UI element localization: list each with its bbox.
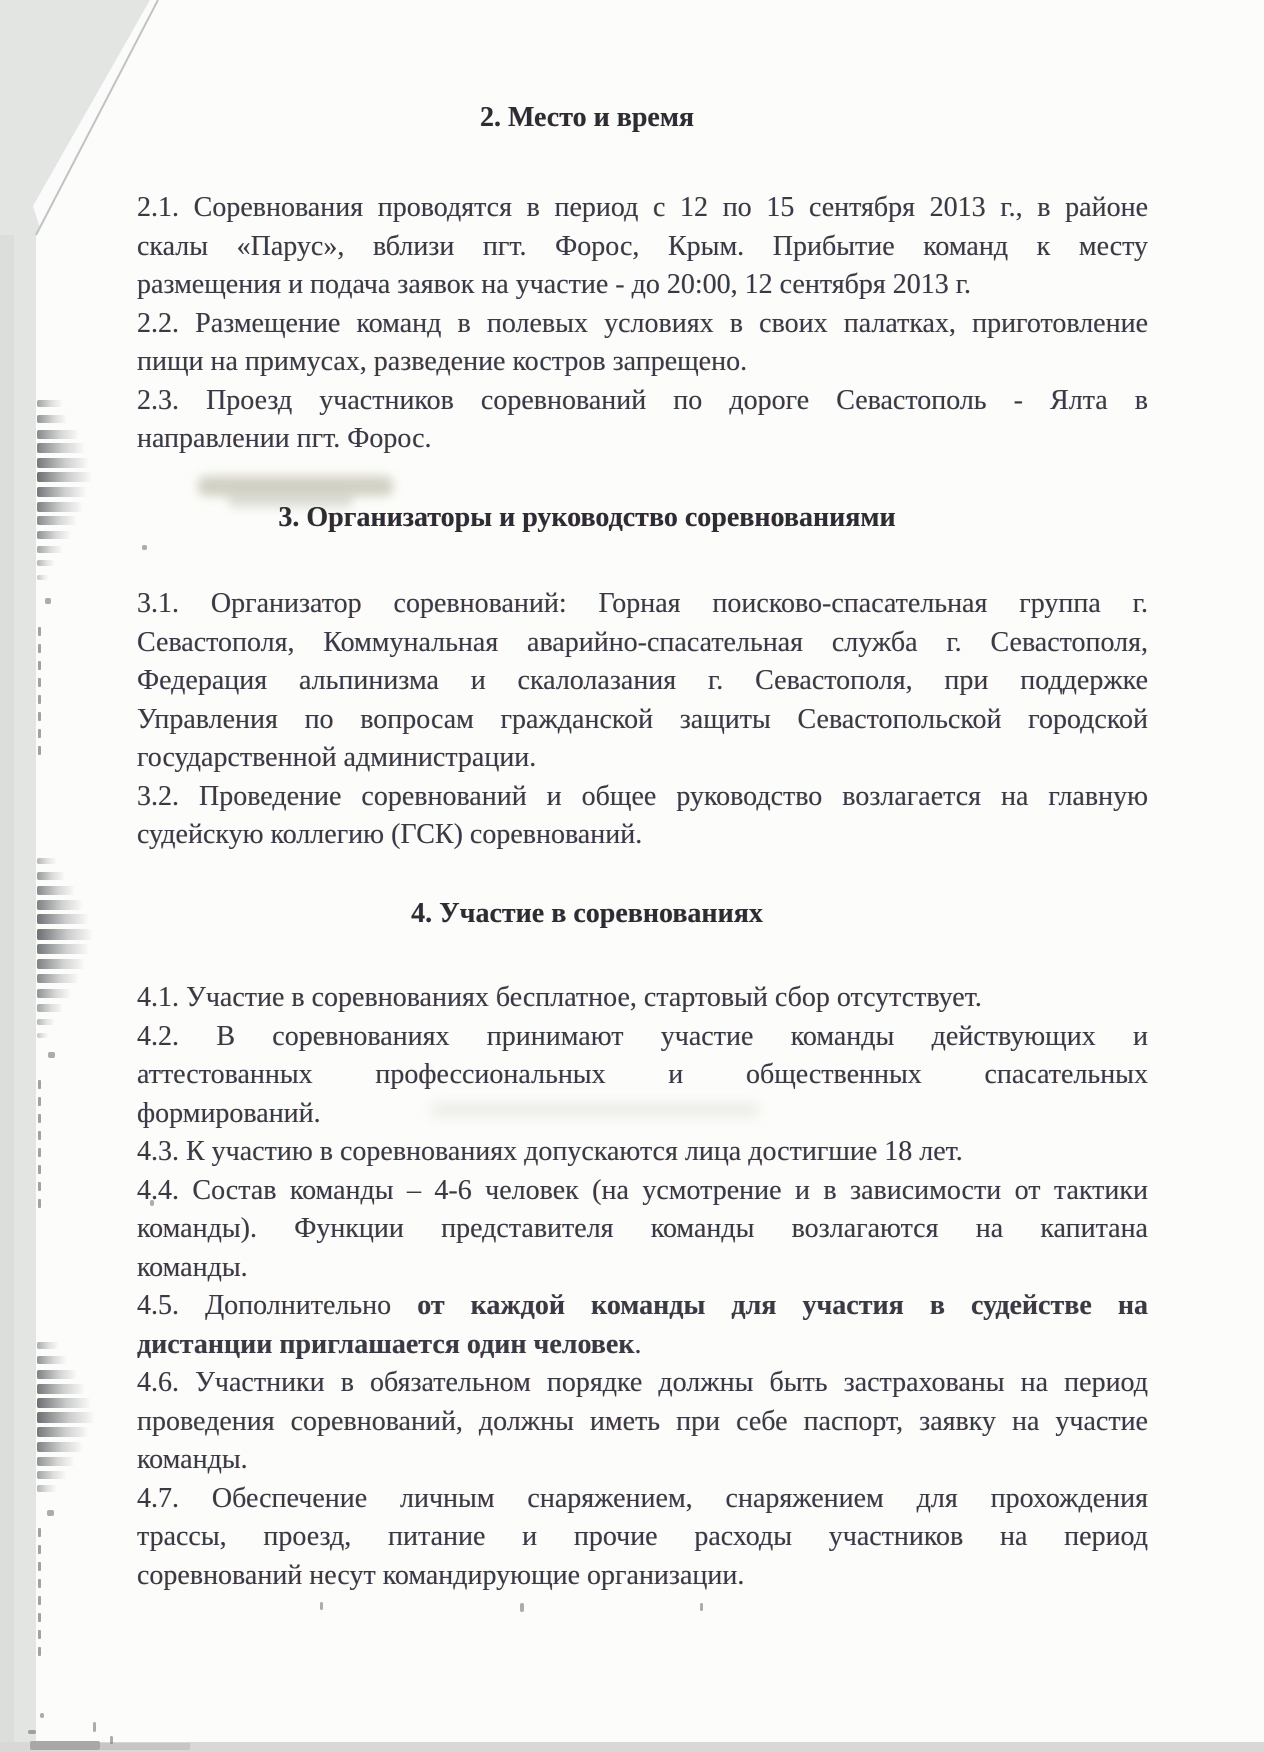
scan-artifact-mark <box>320 1602 323 1610</box>
scan-artifact-mark <box>37 1370 77 1379</box>
text-line: 4.6. Участники в обязательном порядке до… <box>137 1364 1148 1403</box>
scan-artifact-mark <box>37 472 92 482</box>
text-segment: . <box>634 1329 641 1360</box>
section-body-organizers: 3.1. Организатор соревнований: Горная по… <box>137 585 1148 855</box>
scan-artifact-mark <box>37 458 89 468</box>
scan-artifact-mark <box>38 1165 41 1174</box>
ink-bleed-smear <box>198 476 393 496</box>
scanned-document-page: 2. Место и время 2.1. Соревнования прово… <box>0 0 1264 1752</box>
text-segment: трассы, проезд, питание и прочие расходы… <box>137 1521 1148 1552</box>
text-line: аттестованных профессиональных и обществ… <box>137 1056 1148 1095</box>
scan-artifact-mark <box>38 1097 41 1106</box>
scan-artifact-mark <box>38 1199 41 1208</box>
scan-artifact-mark <box>37 443 85 453</box>
text-segment: 4.3. К участию в соревнованиях допускают… <box>137 1136 963 1167</box>
text-segment: команды. <box>137 1252 248 1283</box>
text-segment: 3.2. Проведение соревнований и общее рук… <box>137 781 1148 812</box>
text-segment: судейскую коллегию (ГСК) соревнований. <box>137 819 642 850</box>
scan-artifact-mark <box>37 1412 95 1423</box>
text-line: 3.1. Организатор соревнований: Горная по… <box>137 585 1148 624</box>
scan-artifact-mark <box>38 1148 41 1157</box>
scan-artifact-mark <box>37 1033 49 1038</box>
scan-artifact-mark <box>38 1596 41 1605</box>
text-line: направлении пгт. Форос. <box>137 420 1148 459</box>
text-segment: команды). Функции представителя команды … <box>137 1213 1148 1244</box>
text-segment: 2.1. Соревнования проводятся в период с … <box>137 192 1148 223</box>
text-segment: 4.4. Состав команды – 4-6 человек (на ус… <box>137 1175 1148 1206</box>
text-segment: формирований. <box>137 1098 321 1129</box>
scan-artifact-mark <box>38 1131 41 1140</box>
scan-artifact-mark <box>37 929 93 940</box>
text-line: 4.4. Состав команды – 4-6 человек (на ус… <box>137 1172 1148 1211</box>
text-segment: скалы «Парус», вблизи пгт. Форос, Крым. … <box>137 231 1148 262</box>
bottom-smudge <box>100 1743 190 1750</box>
scan-artifact-mark <box>38 695 41 704</box>
text-line: 4.5. Дополнительно от каждой команды для… <box>137 1287 1148 1326</box>
scan-artifact-mark <box>37 959 85 969</box>
scan-artifact-mark <box>37 944 89 954</box>
scan-artifact-mark <box>37 989 71 998</box>
scan-artifact-mark <box>40 1713 44 1718</box>
text-segment: 4.7. Обеспечение личным снаряжением, сна… <box>137 1483 1148 1514</box>
text-line: 2.2. Размещение команд в полевых условия… <box>137 305 1148 344</box>
text-line: формирований. <box>137 1095 1148 1134</box>
scan-artifact-mark <box>37 1471 67 1479</box>
text-line: Федерация альпинизма и скалолазания г. С… <box>137 662 1148 701</box>
scan-artifact-mark <box>37 502 83 512</box>
text-segment: 2.3. Проезд участников соревнований по д… <box>137 385 1148 416</box>
section-heading-participation: 4. Участие в соревнованиях <box>137 895 1037 934</box>
text-line: пищи на примусах, разведение костров зап… <box>137 343 1148 382</box>
text-segment: 4.1. Участие в соревнованиях бесплатное,… <box>137 982 982 1013</box>
scan-artifact-mark <box>48 1052 55 1058</box>
scan-artifact-mark <box>37 1457 75 1466</box>
scan-artifact-mark <box>38 661 41 670</box>
scan-artifact-mark <box>37 516 77 525</box>
text-segment: 4.6. Участники в обязательном порядке до… <box>137 1367 1148 1398</box>
text-segment: 3.1. Организатор соревнований: Горная по… <box>137 588 1148 619</box>
scan-artifact-mark <box>38 1647 41 1656</box>
text-segment: Севастополя, Коммунальная аварийно-спаса… <box>137 627 1148 658</box>
text-segment: 4.2. В соревнованиях принимают участие к… <box>137 1021 1148 1052</box>
section-body-place-and-time: 2.1. Соревнования проводятся в период с … <box>137 189 1148 459</box>
scan-artifact-mark <box>37 1442 83 1452</box>
bold-text-segment: от каждой команды для участия в судейств… <box>417 1290 1148 1321</box>
scan-artifact-mark <box>37 1019 55 1025</box>
scan-artifact-mark <box>38 678 41 687</box>
text-line: 2.3. Проезд участников соревнований по д… <box>137 382 1148 421</box>
text-segment: проведения соревнований, должны иметь пр… <box>137 1406 1148 1437</box>
scan-artifact-mark <box>37 900 83 910</box>
scan-artifact-mark <box>38 1114 41 1123</box>
scan-artifact-mark <box>37 487 87 497</box>
scan-artifact-mark <box>37 531 71 539</box>
scan-artifact-mark <box>38 1630 41 1639</box>
text-line: 4.2. В соревнованиях принимают участие к… <box>137 1018 1148 1057</box>
scan-artifact-mark <box>28 1730 36 1734</box>
text-line: 2.1. Соревнования проводятся в период с … <box>137 189 1148 228</box>
text-segment: 2.2. Размещение команд в полевых условия… <box>137 308 1148 339</box>
scan-artifact-mark <box>37 1356 67 1364</box>
text-line: 4.1. Участие в соревнованиях бесплатное,… <box>137 979 1148 1018</box>
bottom-smudge <box>30 1741 100 1750</box>
scan-artifact-mark <box>700 1603 703 1611</box>
scan-artifact-mark <box>37 430 79 439</box>
scan-artifact-mark <box>37 886 75 895</box>
scan-artifact-mark <box>38 746 41 755</box>
scan-artifact-mark <box>37 400 63 407</box>
text-line: 4.3. К участию в соревнованиях допускают… <box>137 1133 1148 1172</box>
scan-artifact-mark <box>37 1384 85 1394</box>
scan-artifact-mark <box>38 1613 41 1622</box>
text-segment: команды. <box>137 1444 248 1475</box>
text-line: Управления по вопросам гражданской защит… <box>137 701 1148 740</box>
scan-artifact-mark <box>38 1562 41 1571</box>
text-line: дистанции приглашается один человек. <box>137 1326 1148 1365</box>
text-line: 4.7. Обеспечение личным снаряжением, сна… <box>137 1480 1148 1519</box>
scan-artifact-mark <box>37 415 67 423</box>
text-segment: размещения и подача заявок на участие - … <box>137 269 971 300</box>
text-line: проведения соревнований, должны иметь пр… <box>137 1403 1148 1442</box>
section-heading-organizers: 3. Организаторы и руководство соревнован… <box>137 499 1037 538</box>
text-line: скалы «Парус», вблизи пгт. Форос, Крым. … <box>137 228 1148 267</box>
scan-artifact-mark <box>37 1004 63 1012</box>
scan-artifact-mark <box>38 1080 41 1089</box>
text-line: соревнований несут командирующие организ… <box>137 1557 1148 1596</box>
scan-artifact-mark <box>37 1398 91 1408</box>
scan-artifact-mark <box>38 1579 41 1588</box>
text-segment: пищи на примусах, разведение костров зап… <box>137 346 747 377</box>
text-segment: аттестованных профессиональных и обществ… <box>137 1059 1148 1090</box>
scan-artifact-mark <box>47 1510 54 1516</box>
text-line: команды). Функции представителя команды … <box>137 1210 1148 1249</box>
scan-artifact-mark <box>38 1182 41 1191</box>
scan-artifact-mark <box>37 974 79 983</box>
scan-artifact-mark <box>38 627 41 636</box>
scan-artifact-mark <box>37 914 89 924</box>
scan-artifact-mark <box>37 872 65 880</box>
text-line: судейскую коллегию (ГСК) соревнований. <box>137 816 1148 855</box>
scan-artifact-mark <box>37 1485 57 1492</box>
scan-artifact-mark <box>38 1528 41 1537</box>
scan-artifact-mark <box>38 644 41 653</box>
scan-artifact-mark <box>37 560 55 566</box>
scan-artifact-mark <box>38 712 41 721</box>
bold-text-segment: дистанции приглашается один человек <box>137 1329 634 1360</box>
scan-artifact-mark <box>142 545 147 550</box>
text-segment: Федерация альпинизма и скалолазания г. С… <box>137 665 1148 696</box>
scan-artifact-mark <box>93 1722 96 1732</box>
text-line: Севастополя, Коммунальная аварийно-спаса… <box>137 624 1148 663</box>
text-line: команды. <box>137 1441 1148 1480</box>
text-segment: государственной администрации. <box>137 742 536 773</box>
scanner-background-strip-dark <box>0 0 14 1752</box>
scan-artifact-mark <box>38 1545 41 1554</box>
text-line: государственной администрации. <box>137 739 1148 778</box>
scan-artifact-mark <box>37 575 49 580</box>
scan-artifact-mark <box>37 1427 89 1437</box>
text-segment: направлении пгт. Форос. <box>137 423 432 454</box>
text-line: команды. <box>137 1249 1148 1288</box>
text-segment: Управления по вопросам гражданской защит… <box>137 704 1148 735</box>
text-segment: 4.5. Дополнительно <box>137 1290 417 1321</box>
scan-artifact-mark <box>520 1603 524 1612</box>
section-heading-place-and-time: 2. Место и время <box>137 99 1037 138</box>
scan-artifact-mark <box>110 1736 113 1744</box>
text-line: трассы, проезд, питание и прочие расходы… <box>137 1518 1148 1557</box>
scan-artifact-mark <box>38 729 41 738</box>
text-line: размещения и подача заявок на участие - … <box>137 266 1148 305</box>
section-body-participation: 4.1. Участие в соревнованиях бесплатное,… <box>137 979 1148 1595</box>
scan-artifact-mark <box>45 598 51 604</box>
scan-artifact-mark <box>37 858 57 864</box>
scan-artifact-mark <box>37 546 63 553</box>
text-segment: соревнований несут командирующие организ… <box>137 1560 744 1591</box>
text-line: 3.2. Проведение соревнований и общее рук… <box>137 778 1148 817</box>
scan-artifact-mark <box>37 1342 59 1349</box>
